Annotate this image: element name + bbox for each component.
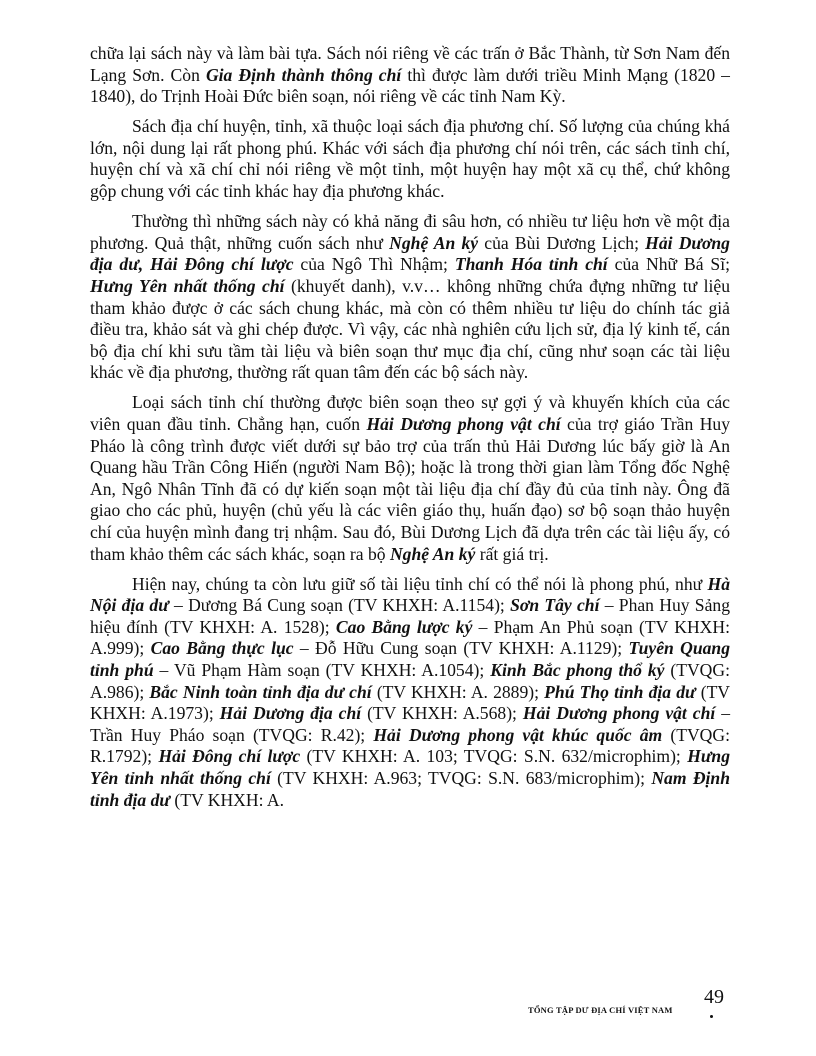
paragraph: Loại sách tỉnh chí thường được biên soạn… bbox=[90, 392, 730, 565]
book-title: Cao Bằng lược ký bbox=[336, 617, 473, 637]
text-run: (TV KHXH: A.963; TVQG: S.N. 683/microphi… bbox=[271, 768, 651, 788]
text-run: Sách địa chí huyện, tỉnh, xã thuộc loại … bbox=[90, 116, 730, 201]
footer-dot bbox=[710, 1015, 713, 1018]
text-run: của trợ giáo Trần Huy Pháo là công trình… bbox=[90, 414, 730, 564]
text-run: Hiện nay, chúng ta còn lưu giữ số tài li… bbox=[132, 574, 708, 594]
text-run: rất giá trị. bbox=[475, 544, 548, 564]
book-title: Hải Đông chí lược bbox=[158, 746, 300, 766]
paragraph: chữa lại sách này và làm bài tựa. Sách n… bbox=[90, 43, 730, 108]
text-run: – Vũ Phạm Hàm soạn (TV KHXH: A.1054); bbox=[154, 660, 491, 680]
text-run: (TV KHXH: A. bbox=[170, 790, 284, 810]
book-title: Hải Dương phong vật khúc quốc âm bbox=[373, 725, 662, 745]
paragraph: Thường thì những sách này có khả năng đi… bbox=[90, 211, 730, 384]
book-title: Kinh Bắc phong thổ ký bbox=[490, 660, 664, 680]
book-title: Hưng Yên nhất thống chí bbox=[90, 276, 285, 296]
page-body: chữa lại sách này và làm bài tựa. Sách n… bbox=[90, 43, 730, 820]
text-run: của Bùi Dương Lịch; bbox=[478, 233, 645, 253]
book-title: Bắc Ninh toàn tỉnh địa dư chí bbox=[149, 682, 371, 702]
text-run: (TV KHXH: A. 103; TVQG: S.N. 632/microph… bbox=[300, 746, 687, 766]
text-run: của Nhữ Bá Sĩ; bbox=[608, 254, 730, 274]
paragraph: Hiện nay, chúng ta còn lưu giữ số tài li… bbox=[90, 574, 730, 812]
book-title: Nghệ An ký bbox=[389, 233, 478, 253]
text-run: của Ngô Thì Nhậm; bbox=[294, 254, 455, 274]
book-title: Hải Dương phong vật chí bbox=[523, 703, 715, 723]
text-run: – Đỗ Hữu Cung soạn (TV KHXH: A.1129); bbox=[294, 638, 629, 658]
book-title: Hải Dương địa chí bbox=[220, 703, 361, 723]
text-run: (TV KHXH: A. 2889); bbox=[372, 682, 545, 702]
text-run: – Dương Bá Cung soạn (TV KHXH: A.1154); bbox=[169, 595, 510, 615]
page-number: 49 bbox=[704, 986, 724, 1009]
book-title: Sơn Tây chí bbox=[510, 595, 599, 615]
paragraph: Sách địa chí huyện, tỉnh, xã thuộc loại … bbox=[90, 116, 730, 202]
book-title: Cao Bằng thực lục bbox=[151, 638, 294, 658]
book-title: Phú Thọ tỉnh địa dư bbox=[544, 682, 695, 702]
book-title: Thanh Hóa tỉnh chí bbox=[455, 254, 608, 274]
running-footer-title: TỔNG TẬP DƯ ĐỊA CHÍ VIỆT NAM bbox=[528, 1005, 673, 1015]
text-run: (TV KHXH: A.568); bbox=[361, 703, 523, 723]
book-title: Nghệ An ký bbox=[390, 544, 475, 564]
book-title: Hải Dương phong vật chí bbox=[366, 414, 560, 434]
book-title: Gia Định thành thông chí bbox=[206, 65, 401, 85]
